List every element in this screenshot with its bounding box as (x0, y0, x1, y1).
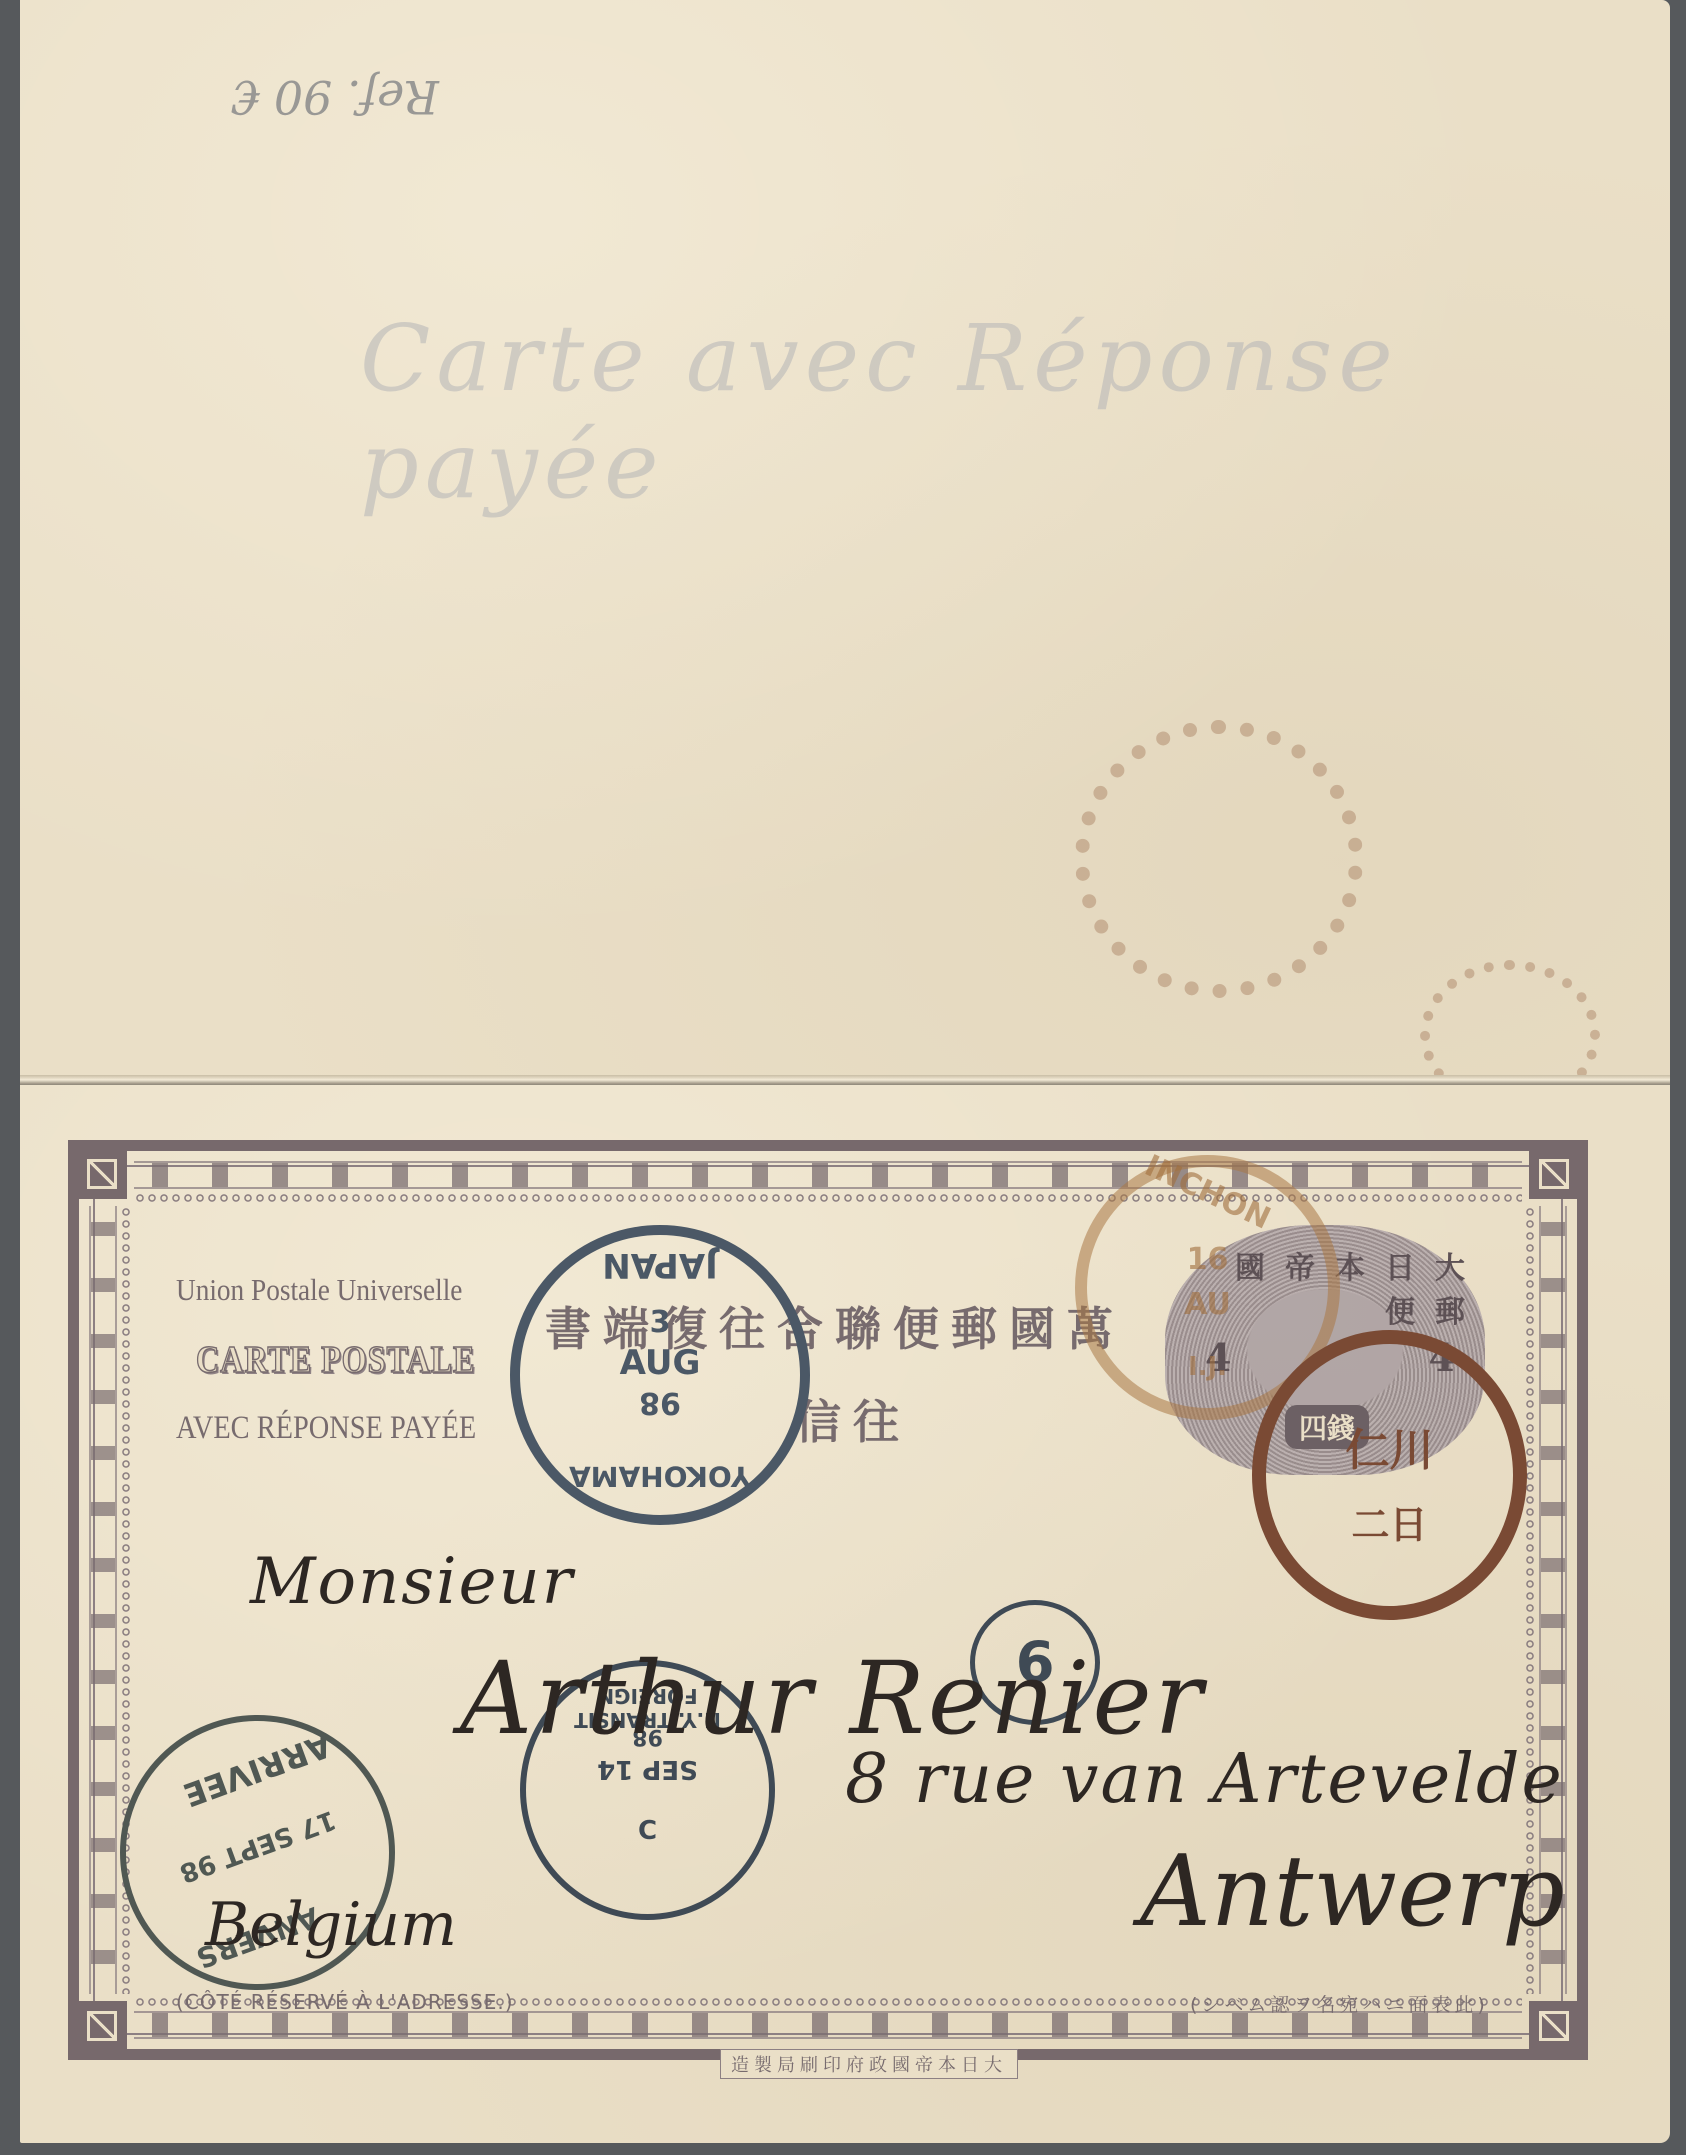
top-loop-border (134, 1193, 1522, 1203)
offset-cancel-mark (1075, 720, 1363, 998)
yokohama-postmark: JAPAN 3 AUG 98 YOKOHAMA (510, 1225, 810, 1525)
address-country: Belgium (205, 1890, 457, 1960)
carte-postale-title: CARTE POSTALE (196, 1338, 475, 1382)
corner-ornament-icon (1529, 1149, 1579, 1199)
pencil-reference-note: Ref. 90 € (230, 70, 439, 124)
reply-paid-subtitle: AVEC RÉPONSE PAYÉE (176, 1410, 476, 1447)
reply-card-half (20, 0, 1670, 1077)
address-salutation: Monsieur (250, 1545, 574, 1619)
japanese-subtitle: 往信 (795, 1386, 911, 1452)
address-side-note: (CÔTÉ RÉSERVÉ À L'ADRESSE.) (176, 1990, 514, 2014)
left-ornament-band (89, 1206, 117, 1994)
corner-ornament-icon (1529, 2001, 1579, 2051)
printing-bureau-imprint: 大日本帝國政府印刷局製造 (720, 2049, 1018, 2079)
japanese-address-note: (此表面ニハ宛名ヲ認ムベシ) (1190, 1990, 1489, 2017)
address-city: Antwerp (1140, 1835, 1565, 1949)
top-ornament-band (134, 1161, 1522, 1189)
corner-ornament-icon (77, 1149, 127, 1199)
upu-heading: Union Postale Universelle (176, 1272, 462, 1308)
corner-ornament-icon (77, 2001, 127, 2051)
japanese-dater-postmark: 仁川 二日 (1252, 1330, 1527, 1620)
pencil-reply-heading: Carte avec Réponse payée (360, 305, 1686, 519)
address-street: 8 rue van Artevelde (845, 1740, 1564, 1819)
